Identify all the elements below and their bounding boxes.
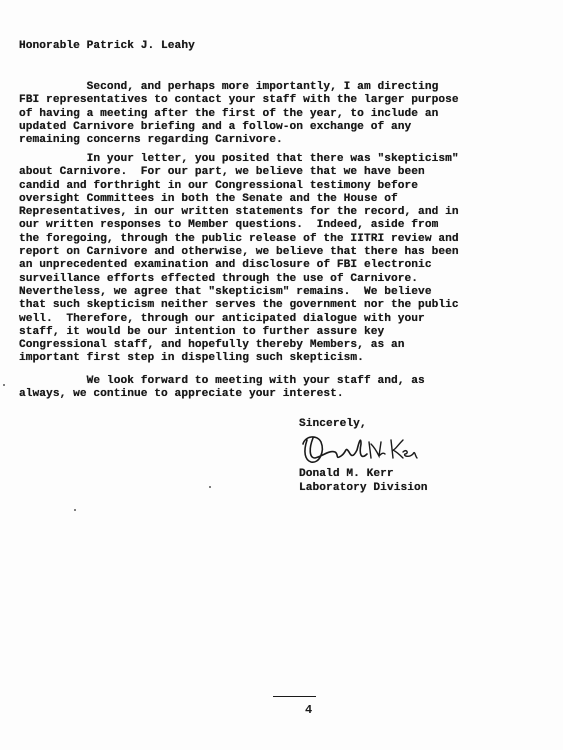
paragraph-line: In your letter, you posited that there w… bbox=[19, 153, 459, 166]
paragraph-line: candid and forthright in our Congression… bbox=[19, 180, 459, 193]
paragraph-line: Nevertheless, we agree that "skepticism"… bbox=[19, 286, 459, 299]
paragraph-line: the foregoing, through the public releas… bbox=[19, 233, 459, 246]
paragraph-line: oversight Committees in both the Senate … bbox=[19, 193, 459, 206]
paragraph-2: In your letter, you posited that there w… bbox=[19, 153, 459, 366]
closing: Sincerely, bbox=[299, 418, 428, 431]
page-number-value: 4 bbox=[305, 703, 312, 717]
scan-speck bbox=[74, 509, 76, 511]
paragraph-line: an unprecedented examination and disclos… bbox=[19, 259, 459, 272]
paragraph-line: report on Carnivore and otherwise, we be… bbox=[19, 246, 459, 259]
handwritten-signature bbox=[299, 432, 419, 466]
signature-block: Sincerely, Donald M. Kerr Laboratory Div… bbox=[299, 418, 428, 495]
paragraph-line: remaining concerns regarding Carnivore. bbox=[19, 134, 459, 147]
paragraph-line: about Carnivore. For our part, we believ… bbox=[19, 166, 459, 179]
addressee: Honorable Patrick J. Leahy bbox=[19, 40, 195, 53]
page-number-dash bbox=[273, 696, 316, 697]
paragraph-line: surveillance efforts effected through th… bbox=[19, 273, 459, 286]
paragraph-line: Representatives, in our written statemen… bbox=[19, 206, 459, 219]
paragraph-line: staff, it would be our intention to furt… bbox=[19, 326, 459, 339]
paragraph-line: that such skepticism neither serves the … bbox=[19, 299, 459, 312]
paragraph-line: our written responses to Member question… bbox=[19, 219, 459, 232]
page-number: 4 bbox=[276, 689, 312, 731]
paragraph-3: We look forward to meeting with your sta… bbox=[19, 375, 425, 402]
paragraph-line: FBI representatives to contact your staf… bbox=[19, 94, 459, 107]
scan-speck bbox=[209, 486, 211, 488]
scan-speck bbox=[3, 384, 5, 386]
paragraph-line: of having a meeting after the first of t… bbox=[19, 108, 459, 121]
signer-name: Donald M. Kerr bbox=[299, 468, 428, 481]
letter-page: Honorable Patrick J. Leahy Second, and p… bbox=[0, 0, 563, 750]
paragraph-line: Congressional staff, and hopefully there… bbox=[19, 339, 459, 352]
paragraph-line: We look forward to meeting with your sta… bbox=[19, 375, 425, 388]
paragraph-line: Second, and perhaps more importantly, I … bbox=[19, 81, 459, 94]
paragraph-line: updated Carnivore briefing and a follow-… bbox=[19, 121, 459, 134]
paragraph-line: always, we continue to appreciate your i… bbox=[19, 388, 425, 401]
paragraph-line: well. Therefore, through our anticipated… bbox=[19, 313, 459, 326]
signer-title: Laboratory Division bbox=[299, 482, 428, 495]
paragraph-line: important first step in dispelling such … bbox=[19, 352, 459, 365]
paragraph-1: Second, and perhaps more importantly, I … bbox=[19, 81, 459, 147]
